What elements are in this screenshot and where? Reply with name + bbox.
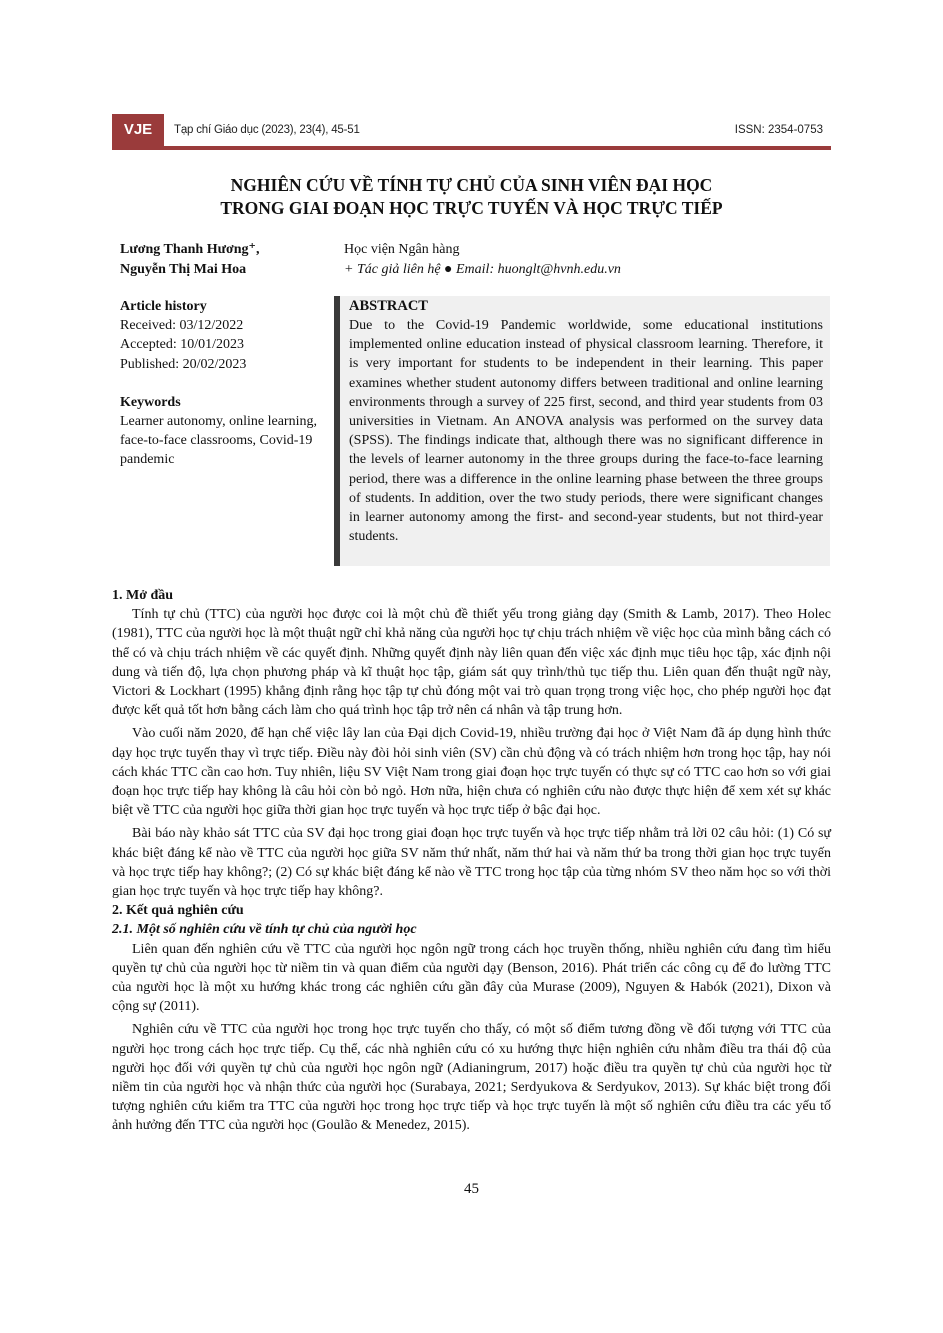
abstract-heading: ABSTRACT: [349, 297, 823, 316]
issn: ISSN: 2354-0753: [735, 124, 823, 136]
paragraph: Nghiên cứu về TTC của người học trong họ…: [112, 1020, 831, 1135]
accepted-date: Accepted: 10/01/2023: [120, 335, 320, 354]
main-body: 1. Mở đầu Tính tự chủ (TTC) của người họ…: [112, 586, 831, 1140]
keywords-heading: Keywords: [120, 393, 320, 412]
section-1-heading: 1. Mở đầu: [112, 586, 831, 605]
journal-header: VJE Tạp chí Giáo dục (2023), 23(4), 45-5…: [112, 114, 831, 150]
title-line-2: TRONG GIAI ĐOẠN HỌC TRỰC TUYẾN VÀ HỌC TR…: [112, 197, 831, 220]
section-2-heading: 2. Kết quả nghiên cứu: [112, 901, 831, 920]
paragraph: Bài báo này khảo sát TTC của SV đại học …: [112, 824, 831, 901]
paragraph: Liên quan đến nghiên cứu về TTC của ngườ…: [112, 940, 831, 1017]
affiliation: Học viện Ngân hàng: [344, 240, 621, 260]
affiliation-block: Học viện Ngân hàng + Tác giả liên hệ ● E…: [344, 240, 621, 280]
keywords-text: Learner autonomy, online learning, face-…: [120, 412, 320, 470]
journal-citation: Tạp chí Giáo dục (2023), 23(4), 45-51: [174, 124, 360, 136]
article-meta: Article history Received: 03/12/2022 Acc…: [120, 297, 320, 470]
paragraph: Vào cuối năm 2020, để hạn chế việc lây l…: [112, 724, 831, 820]
paper-page: VJE Tạp chí Giáo dục (2023), 23(4), 45-5…: [0, 0, 943, 1333]
author-2: Nguyễn Thị Mai Hoa: [120, 260, 259, 280]
abstract-text: Due to the Covid-19 Pandemic worldwide, …: [349, 316, 823, 546]
corresponding-author-contact: + Tác giả liên hệ ● Email: huonglt@hvnh.…: [344, 260, 621, 280]
published-date: Published: 20/02/2023: [120, 355, 320, 374]
subsection-2-1-heading: 2.1. Một số nghiên cứu về tính tự chủ củ…: [112, 920, 831, 939]
article-history-heading: Article history: [120, 297, 320, 316]
author-list: Lương Thanh Hương⁺, Nguyễn Thị Mai Hoa: [120, 240, 259, 280]
paper-title: NGHIÊN CỨU VỀ TÍNH TỰ CHỦ CỦA SINH VIÊN …: [112, 174, 831, 220]
title-line-1: NGHIÊN CỨU VỀ TÍNH TỰ CHỦ CỦA SINH VIÊN …: [112, 174, 831, 197]
abstract-box: ABSTRACT Due to the Covid-19 Pandemic wo…: [334, 296, 830, 566]
page-number: 45: [0, 1181, 943, 1198]
header-rule: [112, 146, 831, 150]
journal-logo-badge: VJE: [112, 114, 164, 150]
author-1: Lương Thanh Hương⁺,: [120, 240, 259, 260]
paragraph: Tính tự chủ (TTC) của người học được coi…: [112, 605, 831, 720]
received-date: Received: 03/12/2022: [120, 316, 320, 335]
